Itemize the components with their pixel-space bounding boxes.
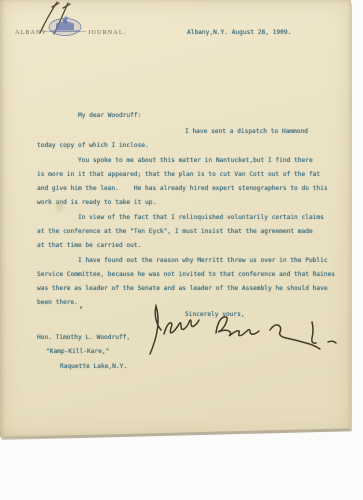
recipient-line: "Kamp-Kill-Kare," — [46, 347, 109, 356]
dateline: Albany,N.Y. August 28, 1909. — [187, 28, 291, 37]
ink-speck — [79, 306, 82, 310]
letter-paper: ALBANY JOURNAL. Albany,N.Y. August 28, 1… — [0, 0, 351, 437]
body-line: today copy of which I inclose. — [37, 141, 149, 150]
scanned-letter: ALBANY JOURNAL. Albany,N.Y. August 28, 1… — [0, 0, 363, 500]
body-line: was there as leader of the Senate and as… — [37, 284, 328, 293]
body-line: You spoke to me about this matter in Nan… — [78, 156, 313, 165]
paper-smudge — [56, 200, 63, 212]
body-line: at the conference at the "Ten Eyck", I m… — [37, 227, 313, 236]
body-line: Service Committee, because he was not in… — [37, 270, 335, 279]
body-line: and give him the lean. He has already hi… — [37, 184, 328, 193]
recipient-line: Raquette Lake,N.Y. — [60, 362, 127, 371]
body-line: In view of the fact that I relinquished … — [78, 213, 324, 222]
body-line: I have sent a dispatch to Hammond — [185, 127, 308, 136]
body-line: been there. — [37, 298, 78, 307]
letterhead-journal: JOURNAL. — [88, 30, 126, 36]
body-line: is more in it that appeared; that the pl… — [37, 170, 320, 179]
signature-william-barnes-jr — [142, 302, 342, 358]
body-line: at that time be carried out. — [37, 241, 141, 250]
recipient-line: Hon. Timothy L. Woodruff, — [37, 333, 130, 342]
body-line: I have found out the reason why Merritt … — [78, 256, 328, 265]
letterhead-albany: ALBANY — [15, 30, 47, 36]
evening-journal-building-emblem-icon — [44, 16, 86, 40]
body-line: work and is ready to take it up. — [37, 198, 156, 207]
salutation: My dear Woodruff: — [78, 111, 141, 120]
